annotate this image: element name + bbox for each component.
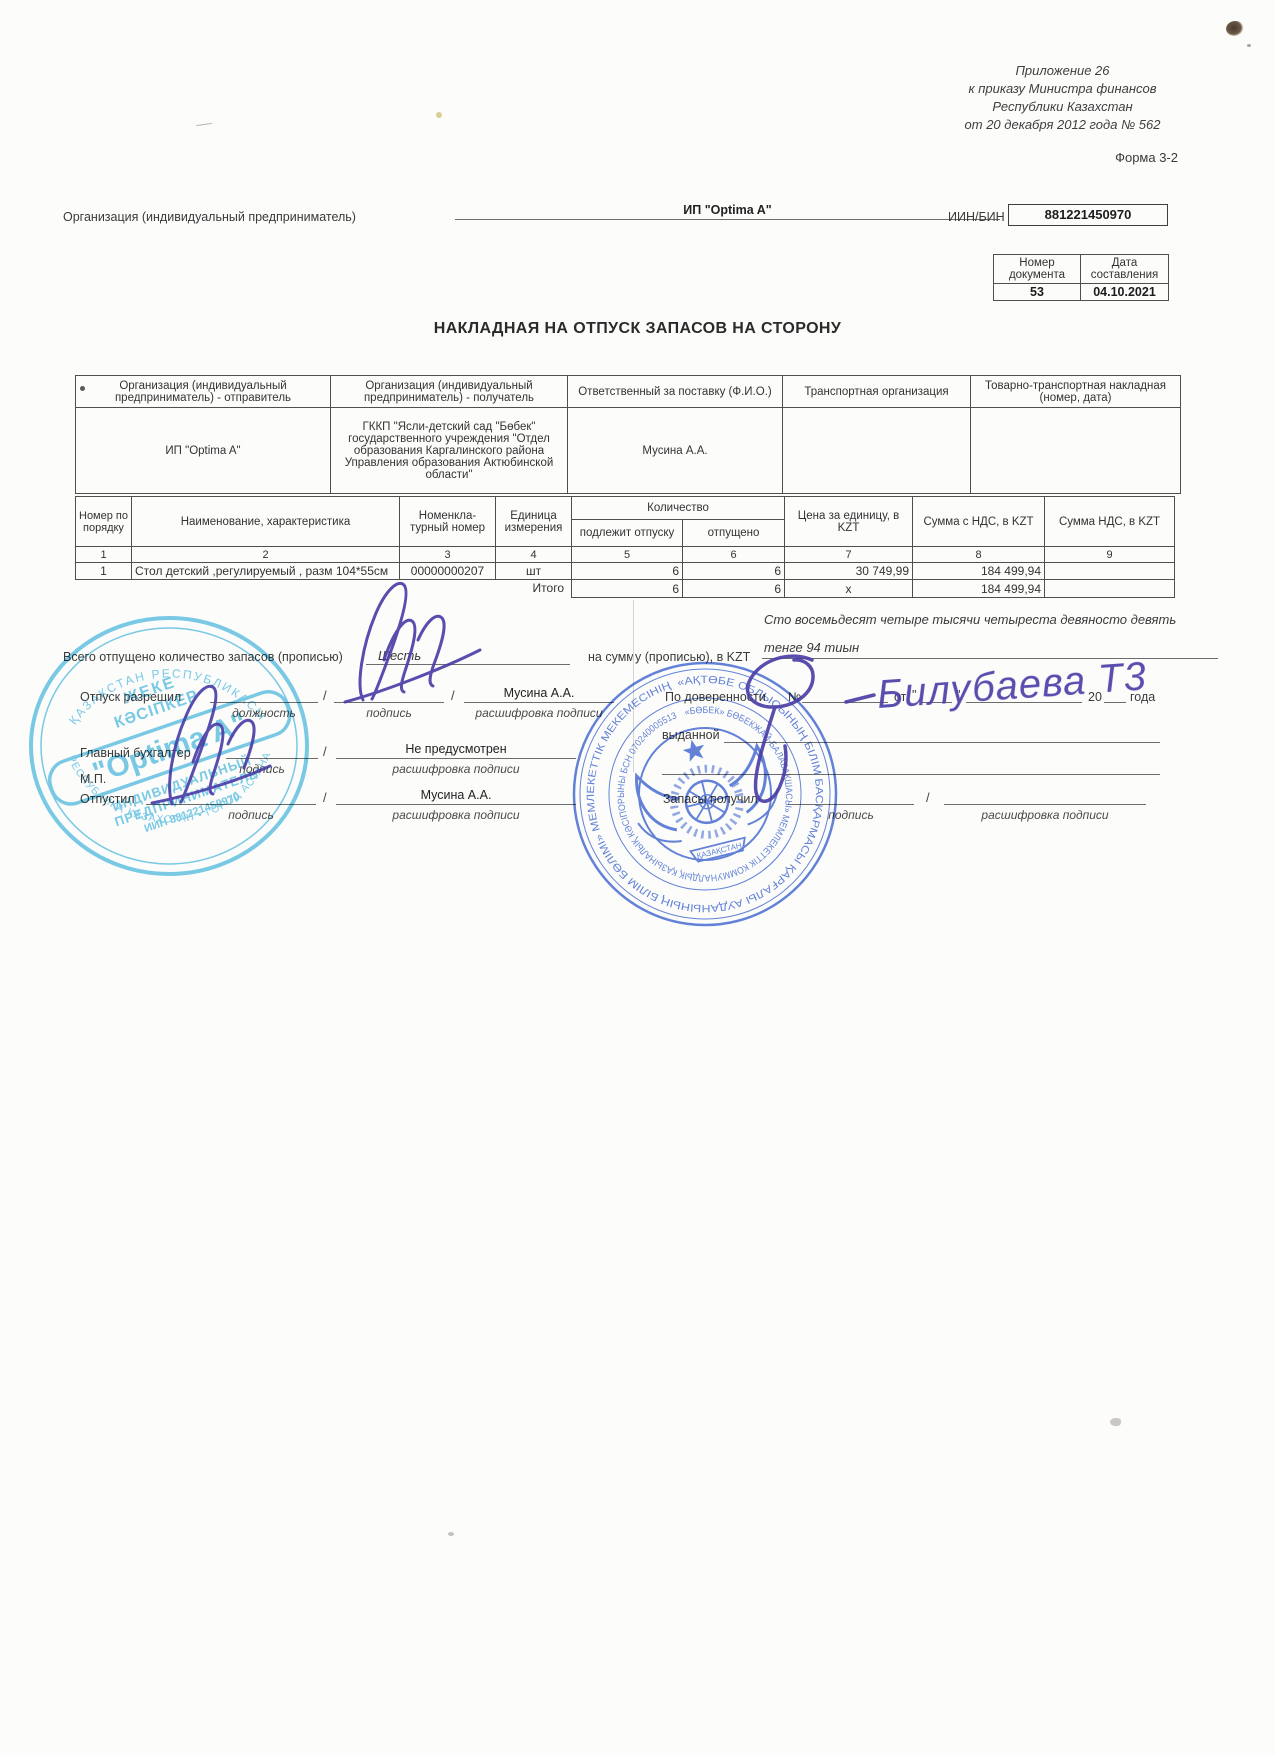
received-signature: [748, 656, 874, 801]
scan-artifact: [1110, 1418, 1121, 1426]
scan-artifact: [80, 386, 85, 391]
scan-artifact: [436, 112, 442, 118]
handwriting-layer: Билубаева Т3: [0, 0, 1275, 900]
release-allowed-signature: [345, 583, 480, 702]
scanned-document-page: Приложение 26 к приказу Министра финансо…: [0, 0, 1275, 1755]
scan-artifact: [448, 1532, 454, 1536]
scan-artifact: [1226, 21, 1243, 36]
released-signature: [152, 686, 270, 804]
received-name-handwriting: Билубаева Т3: [876, 654, 1149, 717]
scan-artifact: [1247, 44, 1251, 47]
